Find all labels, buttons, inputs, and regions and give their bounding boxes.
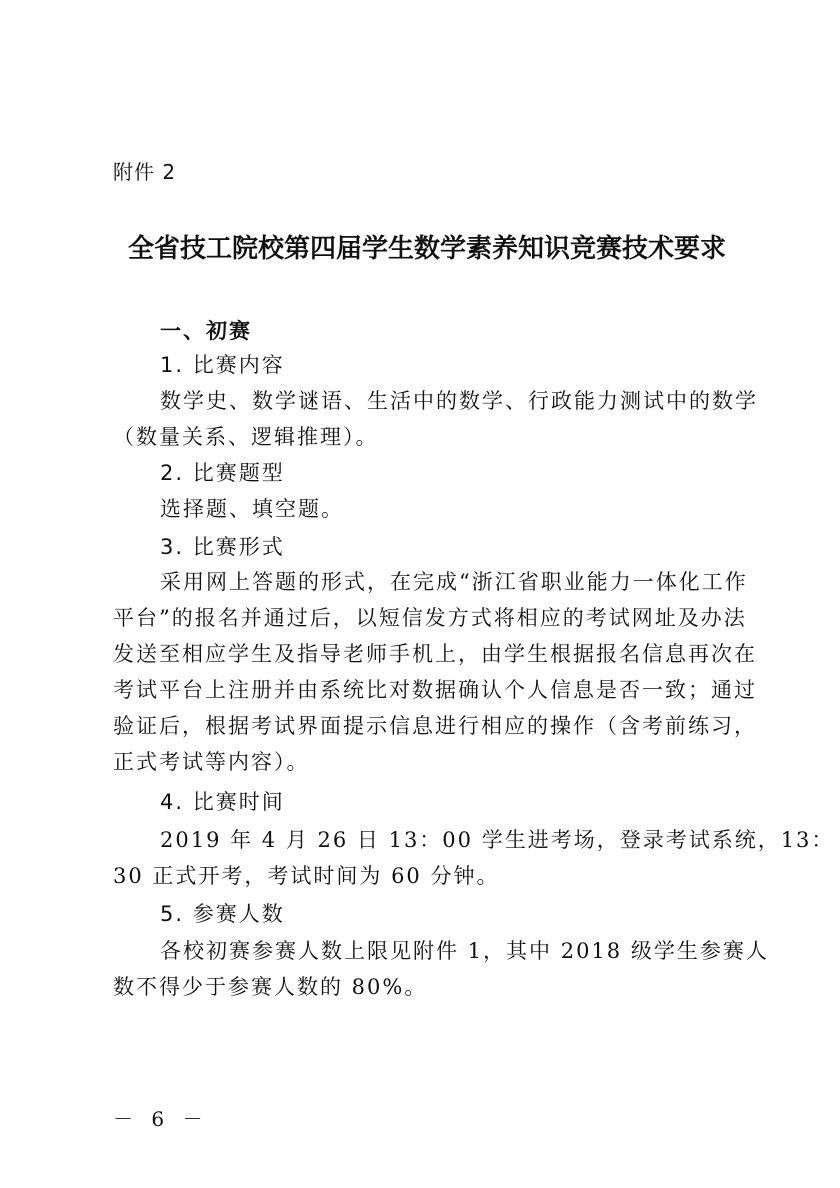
section-heading-preliminary: 一、初赛	[160, 314, 252, 348]
item-heading-time: 4. 比赛时间	[160, 785, 285, 819]
paragraph-line: 正式考试等内容）。	[113, 745, 310, 779]
paragraph-line: 2019 年 4 月 26 日 13：00 学生进考场，登录考试系统，13：	[160, 823, 834, 857]
paragraph-line: 发送至相应学生及指导老师手机上，由学生根据报名信息再次在	[113, 637, 757, 671]
item-heading-question-type: 2. 比赛题型	[160, 456, 285, 490]
paragraph-line: 各校初赛参赛人数上限见附件 1，其中 2018 级学生参赛人	[160, 934, 769, 968]
paragraph-line: （数量关系、逻辑推理）。	[113, 420, 379, 454]
document-page: 附件 2 全省技工院校第四届学生数学素养知识竞赛技术要求 一、初赛 1. 比赛内…	[0, 0, 840, 1188]
item-heading-content: 1. 比赛内容	[160, 348, 285, 382]
item-heading-participants: 5. 参赛人数	[160, 897, 285, 931]
paragraph-line: 30 正式开考，考试时间为 60 分钟。	[113, 859, 499, 893]
page-number: － 6 －	[113, 1103, 208, 1132]
paragraph-line: 考试平台上注册并由系统比对数据确认个人信息是否一致；通过	[113, 673, 757, 707]
paragraph-line: 验证后，根据考试界面提示信息进行相应的操作（含考前练习，	[113, 709, 757, 743]
document-body: 一、初赛 1. 比赛内容 数学史、数学谜语、生活中的数学、行政能力测试中的数学 …	[0, 0, 840, 1188]
paragraph-line: 数学史、数学谜语、生活中的数学、行政能力测试中的数学	[160, 384, 758, 418]
paragraph-line: 采用网上答题的形式，在完成“浙江省职业能力一体化工作	[160, 565, 748, 599]
paragraph-line: 数不得少于参赛人数的 80%。	[113, 970, 427, 1004]
item-heading-format: 3. 比赛形式	[160, 530, 285, 564]
paragraph-line: 平台”的报名并通过后，以短信发方式将相应的考试网址及办法	[113, 601, 747, 635]
paragraph-line: 选择题、填空题。	[160, 492, 344, 526]
